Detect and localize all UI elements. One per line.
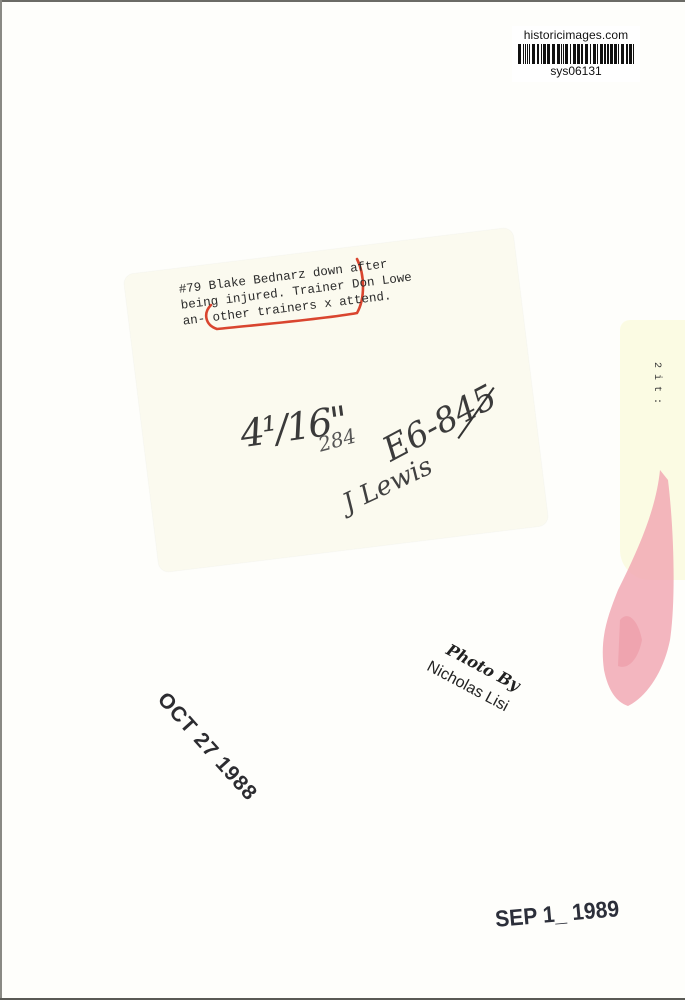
barcode-icon — [518, 44, 634, 64]
photo-back: 2 i t : historicimages.com sys06131 #79 … — [0, 0, 685, 1000]
barcode-site-text: historicimages.com — [512, 29, 640, 42]
barcode-id-text: sys06131 — [512, 65, 640, 78]
published-date-stamp: SEP 1_ 1989 — [494, 895, 620, 933]
left-edge — [0, 0, 2, 1000]
barcode-label: historicimages.com sys06131 — [512, 26, 640, 82]
pink-stain — [598, 470, 678, 710]
top-edge — [0, 0, 685, 2]
received-date-stamp: OCT 27 1988 — [152, 688, 262, 806]
edge-marks: 2 i t : — [651, 362, 662, 404]
